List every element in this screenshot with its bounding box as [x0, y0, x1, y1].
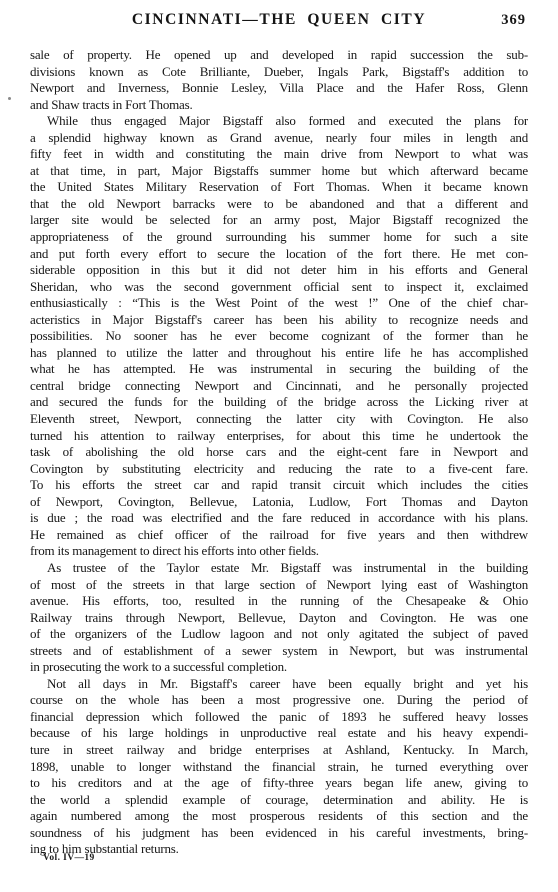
- text-line: is due ; the road was electrified and th…: [30, 510, 528, 527]
- page-number: 369: [501, 12, 526, 29]
- text-line: soundness of his judgment has been evide…: [30, 825, 528, 842]
- text-line: financial depression which followed the …: [30, 709, 528, 726]
- text-line: the world a splendid example of courage,…: [30, 792, 528, 809]
- text-line: Railway trains through Newport, Bellevue…: [30, 610, 528, 627]
- text-line: ture in street railway and bridge enterp…: [30, 742, 528, 759]
- text-line: course on the whole has been a most prog…: [30, 692, 528, 709]
- text-line: that the old Newport barracks were to be…: [30, 196, 528, 213]
- text-line: the United States Military Reservation o…: [30, 179, 528, 196]
- page-header: CINCINNATI—THE QUEEN CITY 369: [30, 11, 528, 31]
- page-title: CINCINNATI—THE QUEEN CITY: [30, 11, 528, 29]
- text-line: Newport and Inverness, Bonnie Lesley, Vi…: [30, 80, 528, 97]
- volume-label: Vol. IV—19: [43, 853, 95, 863]
- text-line: and Shaw tracts in Fort Thomas.: [30, 97, 528, 114]
- text-line: central bridge connecting Newport and Ci…: [30, 378, 528, 395]
- text-line: and put forth every effort to secure the…: [30, 246, 528, 263]
- text-line: Sheridan, who was the second government …: [30, 279, 528, 296]
- text-line: streets and of establishment of a sewer …: [30, 643, 528, 660]
- book-page: CINCINNATI—THE QUEEN CITY 369 sale of pr…: [0, 0, 558, 892]
- text-line: a splendid highway known as Grand avenue…: [30, 130, 528, 147]
- text-line: to his creditors and at the age of fifty…: [30, 775, 528, 792]
- text-line: of Newport, Covington, Bellevue, Latonia…: [30, 494, 528, 511]
- text-line: Eleventh street, Newport, connecting the…: [30, 411, 528, 428]
- text-line: 1898, unable to longer withstand the fin…: [30, 759, 528, 776]
- text-line: at that time, in part, Major Bigstaffs s…: [30, 163, 528, 180]
- text-line: larger site would be selected for an arm…: [30, 212, 528, 229]
- text-line: appropriateness of the ground surroundin…: [30, 229, 528, 246]
- text-line: has planned to utilize the latter and th…: [30, 345, 528, 362]
- text-line: from its management to direct his effort…: [30, 543, 528, 560]
- text-line: task of abolishing the old horse cars an…: [30, 444, 528, 461]
- text-line: fifty feet in width and constituting the…: [30, 146, 528, 163]
- text-line: of most of the streets in that large sec…: [30, 577, 528, 594]
- text-line: While thus engaged Major Bigstaff also f…: [30, 113, 528, 130]
- text-line: He remained as chief officer of the rail…: [30, 527, 528, 544]
- text-line: siderable opposition in this but it did …: [30, 262, 528, 279]
- text-line: of the organizers of the Ludlow lagoon a…: [30, 626, 528, 643]
- text-line: ing to him substantial returns.: [30, 841, 528, 858]
- text-line: what he has attempted. He was instrument…: [30, 361, 528, 378]
- text-line: enthusiastically : “This is the West Poi…: [30, 295, 528, 312]
- text-line: in prosecuting the work to a successful …: [30, 659, 528, 676]
- text-line: and secured the funds for the building o…: [30, 394, 528, 411]
- text-line: turned his attention to railway enterpri…: [30, 428, 528, 445]
- text-line: Not all days in Mr. Bigstaff's career ha…: [30, 676, 528, 693]
- text-line: Covington by substituting electricity an…: [30, 461, 528, 478]
- document-body: sale of property. He opened up and devel…: [30, 47, 528, 858]
- scan-speck: [8, 97, 11, 100]
- text-line: acteristics in Major Bigstaff's career h…: [30, 312, 528, 329]
- text-line: because of his large holdings in unprodu…: [30, 725, 528, 742]
- text-line: again numbered among the most prosperous…: [30, 808, 528, 825]
- text-line: As trustee of the Taylor estate Mr. Bigs…: [30, 560, 528, 577]
- text-line: avenue. His efforts, too, resulted in th…: [30, 593, 528, 610]
- text-line: sale of property. He opened up and devel…: [30, 47, 528, 64]
- text-line: divisions known as Cote Brilliante, Dueb…: [30, 64, 528, 81]
- text-line: possibilities. No sooner has he ever bec…: [30, 328, 528, 345]
- text-line: To his efforts the street car and rapid …: [30, 477, 528, 494]
